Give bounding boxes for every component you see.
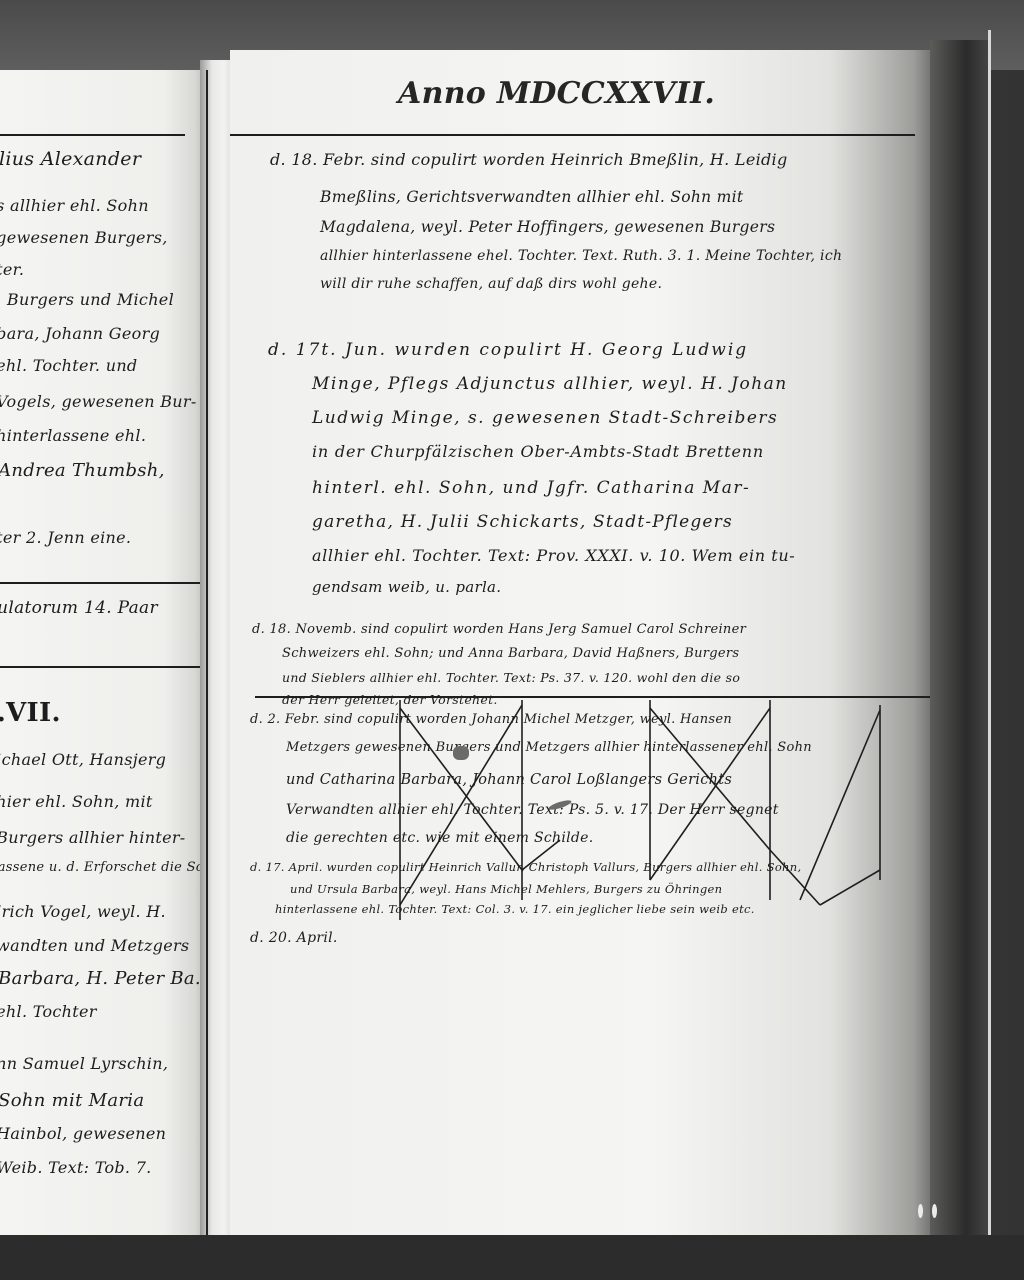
left-line: ...ter 2. Jenn eine. <box>0 528 131 547</box>
entry-line: und Sieblers allhier ehl. Tochter. Text:… <box>282 670 740 685</box>
left-line: ...Barbara, H. Peter Ba... <box>0 968 205 989</box>
entry-line: die gerechten etc. wie mit einem Schilde… <box>286 830 594 846</box>
header-rule <box>230 134 915 136</box>
entry-line: hinterl. ehl. Sohn, und Jgfr. Catharina … <box>312 478 750 498</box>
left-summary: ...ulatorum 14. Paar <box>0 598 158 618</box>
entry-line: garetha, H. Julii Schickarts, Stadt-Pfle… <box>312 512 733 532</box>
left-line: ...s allhier ehl. Sohn <box>0 196 149 215</box>
entry-line: Magdalena, weyl. Peter Hoffingers, gewes… <box>320 218 775 236</box>
left-line: ...hinterlassene ehl. <box>0 426 146 445</box>
left-line: ...Andrea Thumbsh, <box>0 460 165 481</box>
entry-line: Ludwig Minge, s. gewesenen Stadt-Schreib… <box>312 408 778 428</box>
entry-line: will dir ruhe schaffen, auf daß dirs woh… <box>320 276 662 292</box>
clip-highlight <box>918 1204 923 1218</box>
left-line: ...nn Samuel Lyrschin, <box>0 1054 168 1073</box>
clip-highlight <box>932 1204 937 1218</box>
left-line: ...Weib. Text: Tob. 7. <box>0 1158 152 1177</box>
entry-line: allhier ehl. Tochter. Text: Prov. XXXI. … <box>312 546 795 565</box>
book-fore-edge-shadow <box>930 40 990 1240</box>
entry-line: d. 20. April. <box>250 930 338 946</box>
entry-line: und Ursula Barbara, weyl. Hans Michel Me… <box>290 882 722 896</box>
entry-line: allhier hinterlassene ehel. Tochter. Tex… <box>320 248 842 264</box>
right-page: Anno MDCCXXVII. d. 18. Febr. sind copuli… <box>230 50 935 1240</box>
left-line: ...hier ehl. Sohn, mit <box>0 792 153 811</box>
left-line: ...ter. <box>0 260 24 279</box>
left-line: ...ehl. Tochter <box>0 1002 97 1021</box>
scan-bottom-border <box>0 1235 1024 1280</box>
left-year-fragment: ...VII. <box>0 698 61 728</box>
gutter-rule <box>206 70 208 1240</box>
entry-line: Metzgers gewesenen Burgers und Metzgers … <box>286 740 812 755</box>
left-page-summary-rule-bottom <box>0 666 200 668</box>
left-line: ...gewesenen Burgers, <box>0 228 168 247</box>
entry-line: Verwandten allhier ehl. Tochter. Text: P… <box>286 802 779 818</box>
entry-line: d. 17t. Jun. wurden copulirt H. Georg Lu… <box>268 340 748 360</box>
left-line: ...Burgers allhier hinter- <box>0 828 186 847</box>
left-line: ..., Burgers und Michel <box>0 290 174 309</box>
left-page-top-rule <box>0 134 185 136</box>
entry-line: d. 18. Febr. sind copulirt worden Heinri… <box>270 150 788 169</box>
entry-line: d. 2. Febr. sind copulirt worden Johann … <box>250 712 732 727</box>
entry-separator-rule <box>255 696 935 698</box>
entry-line: der Herr geleitet, der Vorstehet. <box>282 692 498 707</box>
left-page: ...lius Alexander ...s allhier ehl. Sohn… <box>0 70 205 1240</box>
page-header-year: Anno MDCCXXVII. <box>398 76 715 111</box>
left-line: ...ehl. Tochter. und <box>0 356 137 375</box>
entry-line: d. 17. April. wurden copulirt Heinrich V… <box>250 860 801 874</box>
entry-line: hinterlassene ehl. Tochter. Text: Col. 3… <box>275 902 755 916</box>
book-edge-highlight <box>988 30 991 1240</box>
left-line: ...Vogels, gewesenen Bur- <box>0 392 197 411</box>
ink-blot <box>453 746 469 760</box>
entry-line: Minge, Pflegs Adjunctus allhier, weyl. H… <box>312 374 788 394</box>
left-line: ...bara, Johann Georg <box>0 324 160 343</box>
entry-line: in der Churpfälzischen Ober-Ambts-Stadt … <box>312 442 764 461</box>
entry-line: und Catharina Barbara, Johann Carol Loßl… <box>286 772 732 788</box>
entry-line: gendsam weib, u. parla. <box>312 578 501 596</box>
left-line: ...Hainbol, gewesenen <box>0 1124 166 1143</box>
left-line: ...lrich Vogel, weyl. H. <box>0 902 166 921</box>
left-line: ...ichael Ott, Hansjerg <box>0 750 166 769</box>
left-page-summary-rule-top <box>0 582 200 584</box>
left-line: ...lius Alexander <box>0 148 141 170</box>
left-line: ...Sohn mit Maria <box>0 1090 144 1111</box>
entry-line: d. 18. Novemb. sind copulirt worden Hans… <box>252 622 746 637</box>
entry-line: Schweizers ehl. Sohn; und Anna Barbara, … <box>282 646 739 661</box>
entry-line: Bmeßlins, Gerichtsverwandten allhier ehl… <box>320 188 743 206</box>
left-line: ...wandten und Metzgers <box>0 936 189 955</box>
left-line: ...lassene u. d. Erforschet die Schrift <box>0 860 205 875</box>
